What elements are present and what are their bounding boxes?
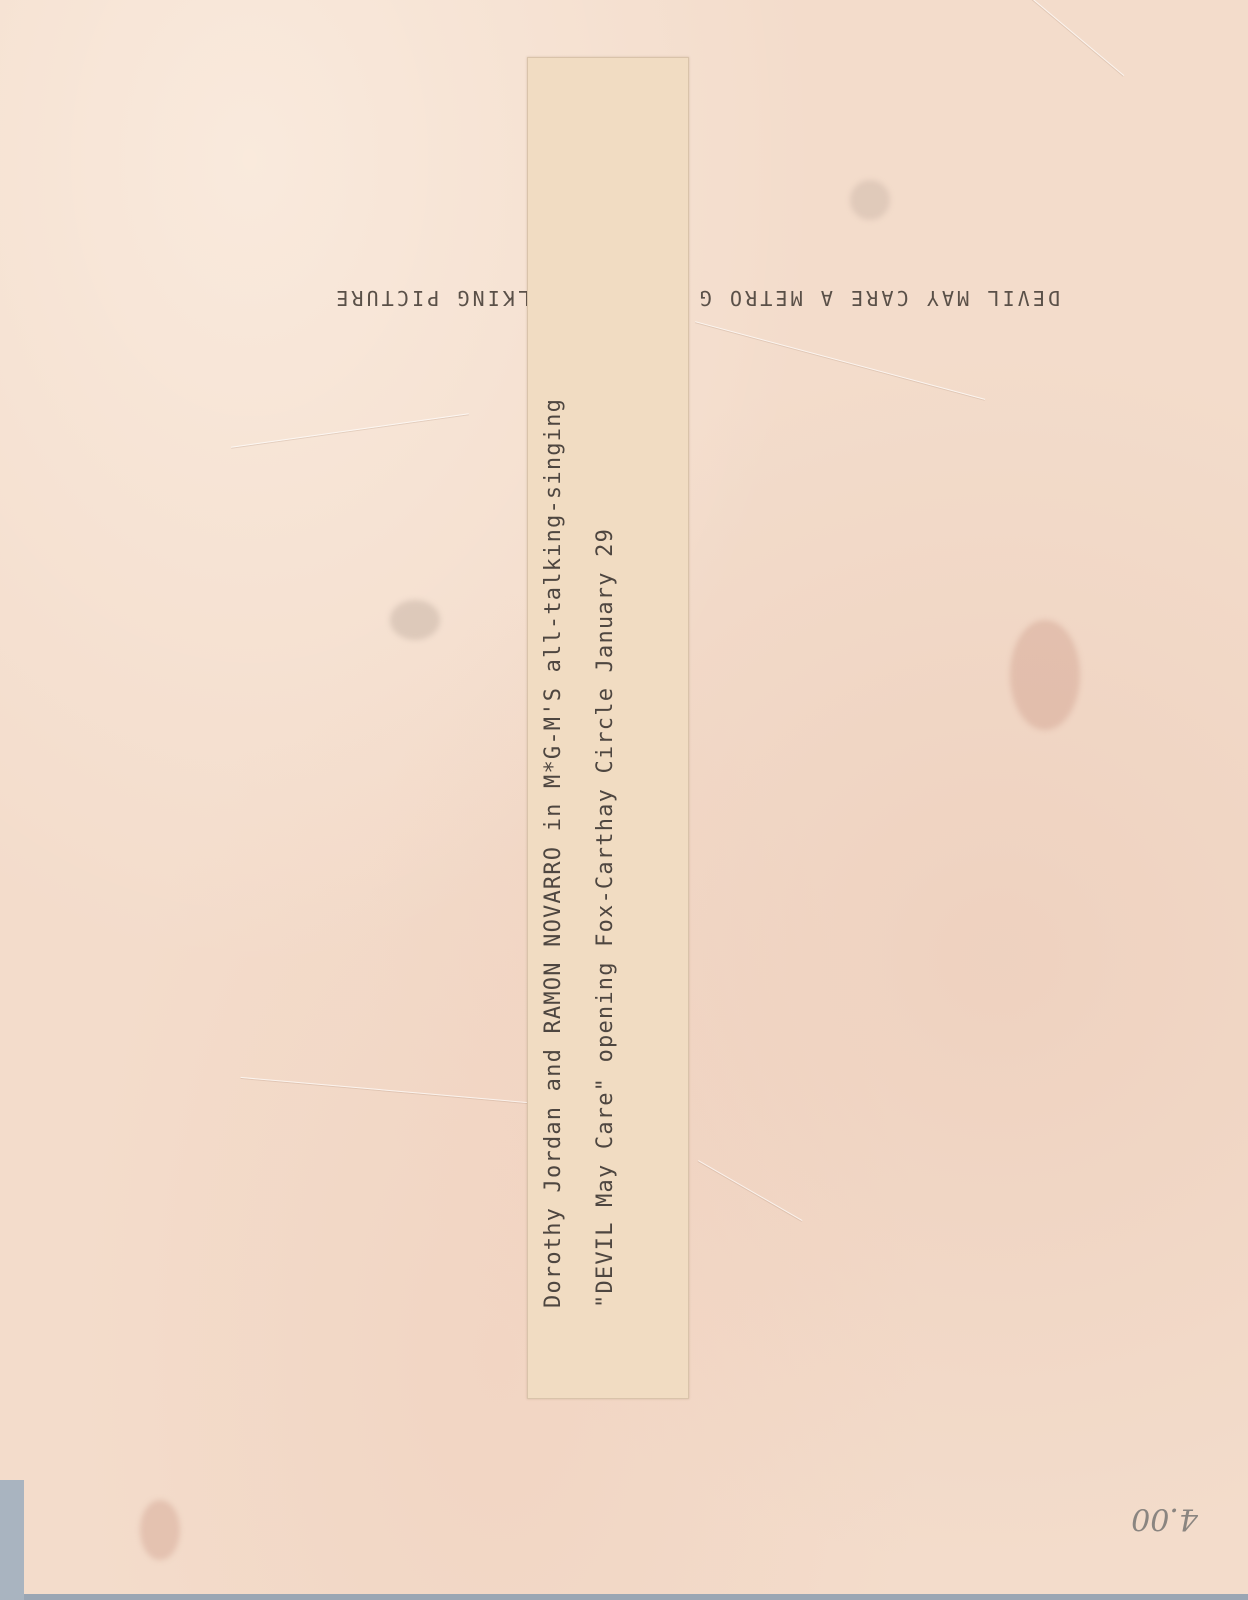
- stain: [390, 600, 440, 640]
- caption-line-2: "DEVIL May Care" opening Fox-Carthay Cir…: [592, 528, 620, 1308]
- background-edge: [0, 1480, 24, 1600]
- stain: [1010, 620, 1080, 730]
- pencil-price-note: 4.00: [1138, 1488, 1198, 1548]
- caption-line-1: Dorothy Jordan and RAMON NOVARRO in M*G-…: [540, 398, 568, 1308]
- stain: [140, 1500, 180, 1560]
- stain: [850, 180, 890, 220]
